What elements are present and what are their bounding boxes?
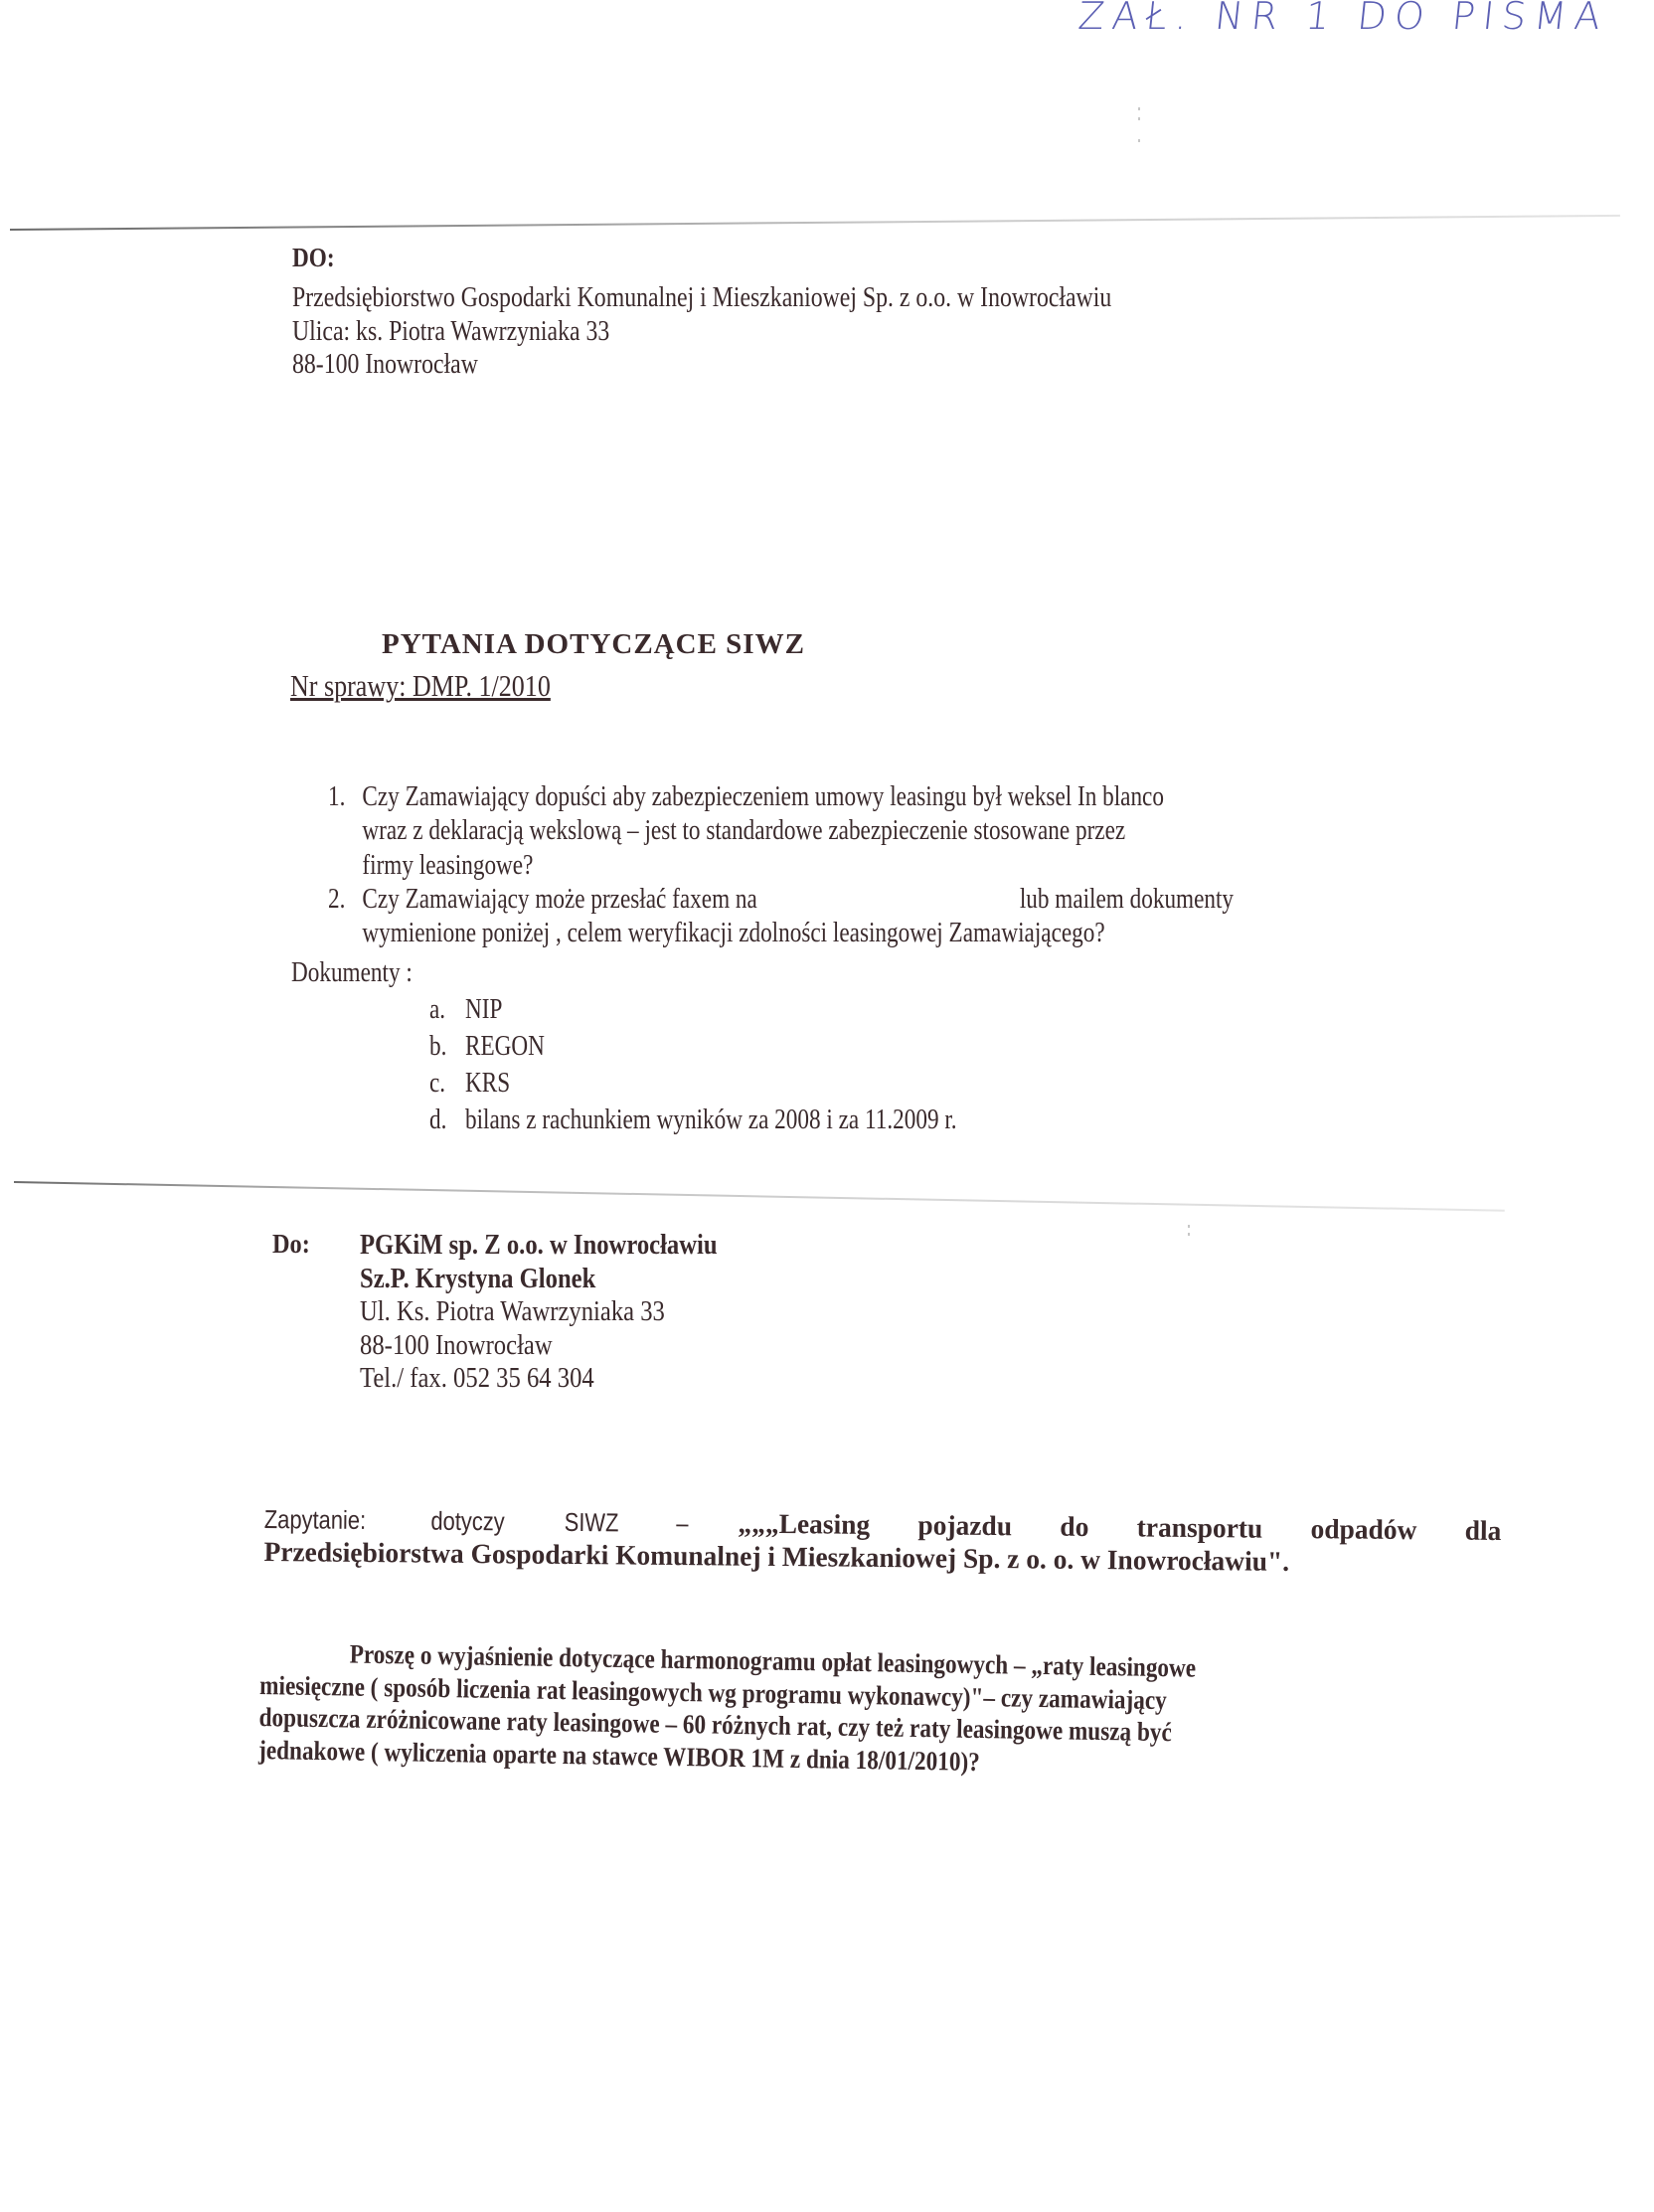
case-number: Nr sprawy: DMP. 1/2010 <box>290 668 551 704</box>
handwritten-annotation: ZAŁ. NR 1 DO PISMA <box>1076 0 1611 38</box>
recipient-label-2: Do: <box>272 1229 310 1260</box>
question-number: 2. <box>328 882 362 950</box>
questions-list: 1. Czy Zamawiający dopuści aby zabezpiec… <box>328 779 1234 949</box>
scan-speck <box>1138 107 1140 110</box>
question-text: Czy Zamawiający może przesłać faxem nalu… <box>362 882 1234 950</box>
document-letter: c. <box>429 1065 465 1102</box>
subject-word: „„„Leasing <box>738 1508 870 1542</box>
recipient-street-2: Ul. Ks. Piotra Wawrzyniaka 33 <box>360 1295 718 1329</box>
document-letter: a. <box>429 991 465 1028</box>
subject-word: transportu <box>1137 1511 1263 1545</box>
document-item: b. REGON <box>429 1028 957 1065</box>
recipient-address-2: PGKiM sp. Z o.o. w Inowrocławiu Sz.P. Kr… <box>360 1229 718 1396</box>
subject-word: dotyczy <box>430 1505 505 1539</box>
question-text: Czy Zamawiający dopuści aby zabezpieczen… <box>362 779 1164 882</box>
question-line: Czy Zamawiający może przesłać faxem nalu… <box>362 882 1234 916</box>
recipient-phone-fax: Tel./ fax. 052 35 64 304 <box>360 1362 718 1396</box>
scan-speck <box>1188 1233 1190 1236</box>
scan-speck <box>1138 117 1140 120</box>
recipient-city: 88-100 Inowrocław <box>292 348 1111 382</box>
inquiry-subject: Zapytanie: dotyczy SIWZ – „„„Leasing poj… <box>263 1503 1501 1581</box>
subject-word: Zapytanie: <box>264 1503 367 1537</box>
recipient-company: Przedsiębiorstwo Gospodarki Komunalnej i… <box>292 281 1111 315</box>
scan-divider-top <box>10 215 1620 231</box>
question-line: wraz z deklaracją wekslową – jest to sta… <box>362 813 1164 847</box>
documents-label: Dokumenty : <box>291 956 413 989</box>
question-item: 1. Czy Zamawiający dopuści aby zabezpiec… <box>328 779 1234 882</box>
document-title: PYTANIA DOTYCZĄCE SIWZ <box>382 628 805 661</box>
question-line: Czy Zamawiający dopuści aby zabezpieczen… <box>362 779 1164 813</box>
document-text: bilans z rachunkiem wyników za 2008 i za… <box>465 1102 957 1138</box>
scan-speck <box>1188 1225 1190 1228</box>
inquiry-body: Proszę o wyjaśnienie dotyczące harmonogr… <box>258 1636 1478 1786</box>
recipient-street: Ulica: ks. Piotra Wawrzyniaka 33 <box>292 315 1111 349</box>
document-item: d. bilans z rachunkiem wyników za 2008 i… <box>429 1102 957 1138</box>
document-item: c. KRS <box>429 1065 957 1102</box>
scan-speck <box>1138 139 1140 142</box>
subject-word: do <box>1060 1511 1088 1544</box>
subject-word: pojazdu <box>917 1509 1012 1543</box>
documents-list: a. NIP b. REGON c. KRS d. bilans z rachu… <box>429 991 957 1138</box>
subject-word: odpadów <box>1310 1513 1416 1547</box>
document-text: REGON <box>465 1028 545 1065</box>
document-letter: b. <box>429 1028 465 1065</box>
question-line-part: Czy Zamawiający może przesłać faxem na <box>362 883 756 915</box>
question-line: wymienione poniżej , celem weryfikacji z… <box>362 916 1234 949</box>
document-text: NIP <box>465 991 502 1028</box>
document-text: KRS <box>465 1065 510 1102</box>
recipient-label: DO: <box>292 243 335 273</box>
question-line: firmy leasingowe? <box>362 848 1164 882</box>
question-number: 1. <box>328 779 362 882</box>
recipient-address: Przedsiębiorstwo Gospodarki Komunalnej i… <box>292 281 1111 382</box>
document-letter: d. <box>429 1102 465 1138</box>
question-item: 2. Czy Zamawiający może przesłać faxem n… <box>328 882 1234 950</box>
scan-divider-middle <box>14 1181 1505 1212</box>
document-item: a. NIP <box>429 991 957 1028</box>
subject-word: SIWZ <box>565 1506 619 1540</box>
recipient-city-2: 88-100 Inowrocław <box>360 1329 718 1363</box>
question-line-part: lub mailem dokumenty <box>1020 883 1234 915</box>
recipient-person: Sz.P. Krystyna Glonek <box>360 1263 718 1296</box>
subject-word: dla <box>1465 1515 1502 1548</box>
recipient-company-2: PGKiM sp. Z o.o. w Inowrocławiu <box>360 1229 718 1263</box>
subject-word: – <box>676 1507 689 1540</box>
